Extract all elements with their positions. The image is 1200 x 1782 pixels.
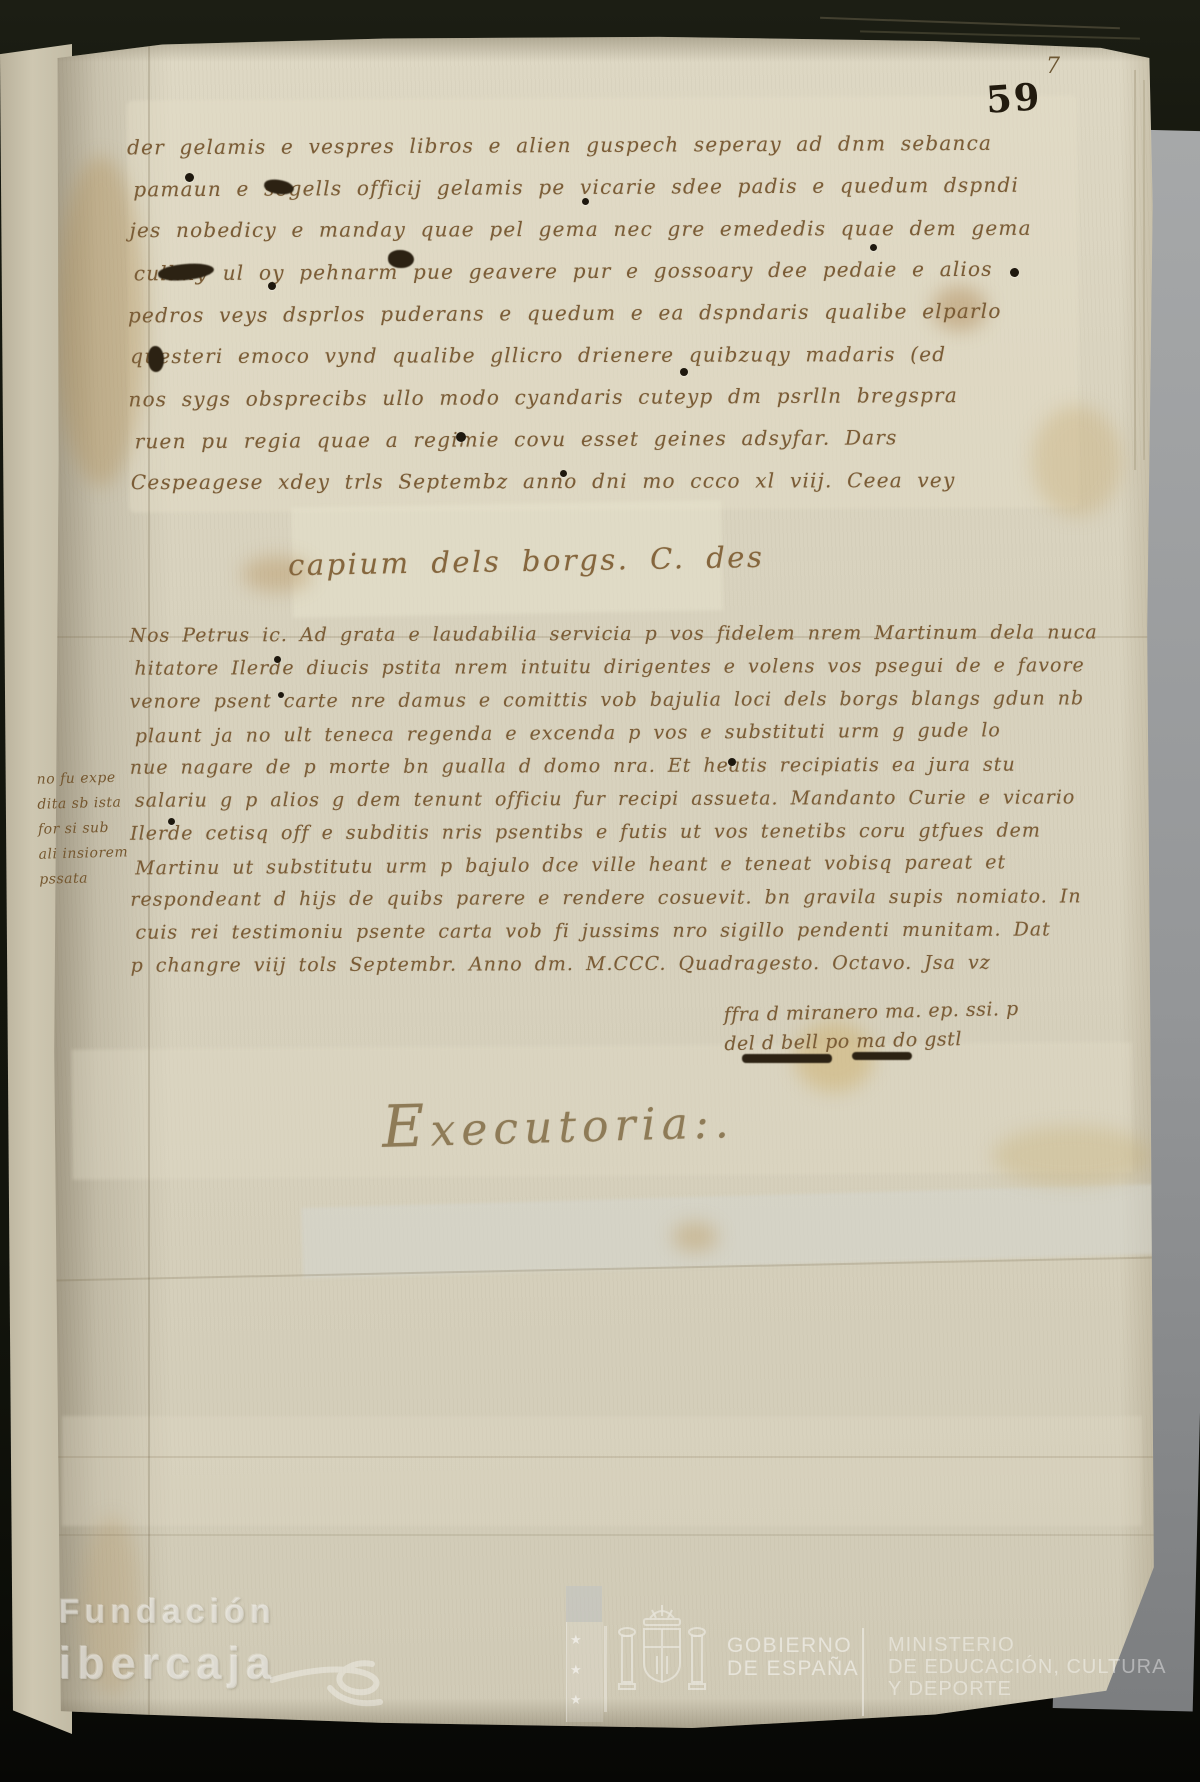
manuscript-line: ruen pu regia quae a regimie covu esset … — [129, 416, 1033, 463]
flag-top-block — [566, 1586, 602, 1622]
manuscript-line: p changre viij tols Septembr. Anno dm. M… — [131, 946, 1099, 982]
manuscript-line: questeri emoco vynd qualibe gllicro drie… — [128, 333, 1032, 377]
manuscript-line: plaunt ja no ult teneca regenda e excend… — [130, 714, 1099, 754]
fold-crease — [52, 1456, 1156, 1458]
manuscript-line: Ilerde cetisq off e subditis nris psenti… — [130, 814, 1098, 850]
corner-pen-mark: 7 — [1046, 54, 1060, 79]
marginal-line: ali insiorem — [38, 839, 174, 868]
gobierno-line1: GOBIERNO — [727, 1634, 859, 1657]
leaf-edge-line — [820, 17, 1120, 29]
manuscript-line: jes nobedicy e manday quae pel gema nec … — [128, 207, 1032, 251]
stain — [672, 1222, 718, 1252]
manuscript-line: nos sygs obsprecibs ullo modo cyandaris … — [128, 374, 1032, 421]
marginal-note: no fu expe dita sb ista for si sub ali i… — [36, 764, 174, 892]
marginal-line: no fu expe — [36, 764, 172, 793]
manuscript-line: Martinu ut substitutu urm p bajulo dce v… — [130, 846, 1099, 886]
manuscript-line: nue nagare de p morte bn gualla d domo n… — [130, 748, 1098, 784]
gobierno-flag-icon: ★ ★ ★ — [566, 1586, 606, 1726]
marginal-line: pssata — [39, 864, 175, 893]
marginal-line: dita sb ista — [37, 789, 173, 818]
ibercaja-logo-icon — [270, 1642, 390, 1716]
star-icon: ★ — [570, 1632, 582, 1648]
manuscript-line: venore psent carte nre damus e comittis … — [130, 682, 1098, 718]
repair-patch — [301, 1184, 1163, 1278]
gobierno-watermark: GOBIERNO DE ESPAÑA — [727, 1634, 859, 1680]
ministry-line1: MINISTERIO — [888, 1634, 1166, 1656]
manuscript-line: der gelamis e vespres libros e alien gus… — [127, 122, 1031, 169]
paragraph-2: Nos Petrus ic. Ad grata e laudabilia ser… — [129, 616, 1099, 982]
manuscript-line: respondeant d hijs de quibs parere e ren… — [130, 880, 1098, 916]
section-heading: capium dels borgs. C. des — [288, 540, 765, 582]
photograph-scene: der gelamis e vespres libros e alien gus… — [0, 0, 1200, 1782]
leaf-edge-line — [860, 30, 1140, 39]
fold-crease — [52, 1534, 1156, 1536]
leaf-edge-line — [1134, 70, 1136, 470]
marginal-line: for si sub — [38, 814, 174, 843]
manuscript-line: salariu g p alios g dem tenunt officiu f… — [130, 781, 1098, 817]
ibercaja-watermark: Fundación ibercaja — [58, 1592, 276, 1689]
leaf-edge-line — [1143, 80, 1145, 460]
manuscript-line: pedros veys dsprlos puderans e quedum e … — [128, 290, 1032, 337]
manuscript-line: pamaun e segells officij gelamis pe vica… — [127, 164, 1031, 211]
funder-name-line2: ibercaja — [58, 1637, 276, 1689]
signature-line: del d bell po ma do gstl — [724, 1024, 1020, 1059]
manuscript-line: Cespeagese xdey trls Septembz anno dni m… — [129, 459, 1033, 503]
funder-name-line1: Fundación — [58, 1592, 276, 1631]
watermark-divider — [862, 1628, 864, 1716]
star-icon: ★ — [570, 1692, 582, 1708]
manuscript-page: der gelamis e vespres libros e alien gus… — [52, 36, 1156, 1728]
star-icon: ★ — [570, 1662, 582, 1678]
folio-number: 59 — [985, 74, 1043, 122]
ministry-line2: DE EDUCACIÓN, CULTURA — [888, 1656, 1166, 1678]
fold-crease — [52, 1256, 1156, 1281]
stain — [992, 1126, 1152, 1186]
signature-line: ffra d miranero ma. ep. ssi. p — [723, 995, 1019, 1030]
stain — [1032, 406, 1122, 516]
repair-patch — [62, 1416, 1142, 1526]
manuscript-line: hitatore Ilerde diucis pstita nrem intui… — [129, 649, 1097, 685]
chancery-signature: ffra d miranero ma. ep. ssi. p del d bel… — [723, 995, 1019, 1059]
flag-bracket — [600, 1626, 607, 1712]
manuscript-line: cuis rei testimoniu psente carta vob fi … — [130, 913, 1098, 949]
gobierno-line2: DE ESPAÑA — [727, 1657, 859, 1680]
ministry-line3: Y DEPORTE — [888, 1678, 1166, 1700]
executoria-heading: Executoria:. — [381, 1083, 735, 1161]
ministry-watermark: MINISTERIO DE EDUCACIÓN, CULTURA Y DEPOR… — [888, 1634, 1166, 1700]
spain-coat-of-arms-icon — [614, 1596, 710, 1711]
manuscript-line: Nos Petrus ic. Ad grata e laudabilia ser… — [129, 616, 1097, 652]
paragraph-1: der gelamis e vespres libros e alien gus… — [127, 122, 1033, 505]
manuscript-line: cullmy ul oy pehnarm pue geavere pur e g… — [128, 248, 1032, 295]
